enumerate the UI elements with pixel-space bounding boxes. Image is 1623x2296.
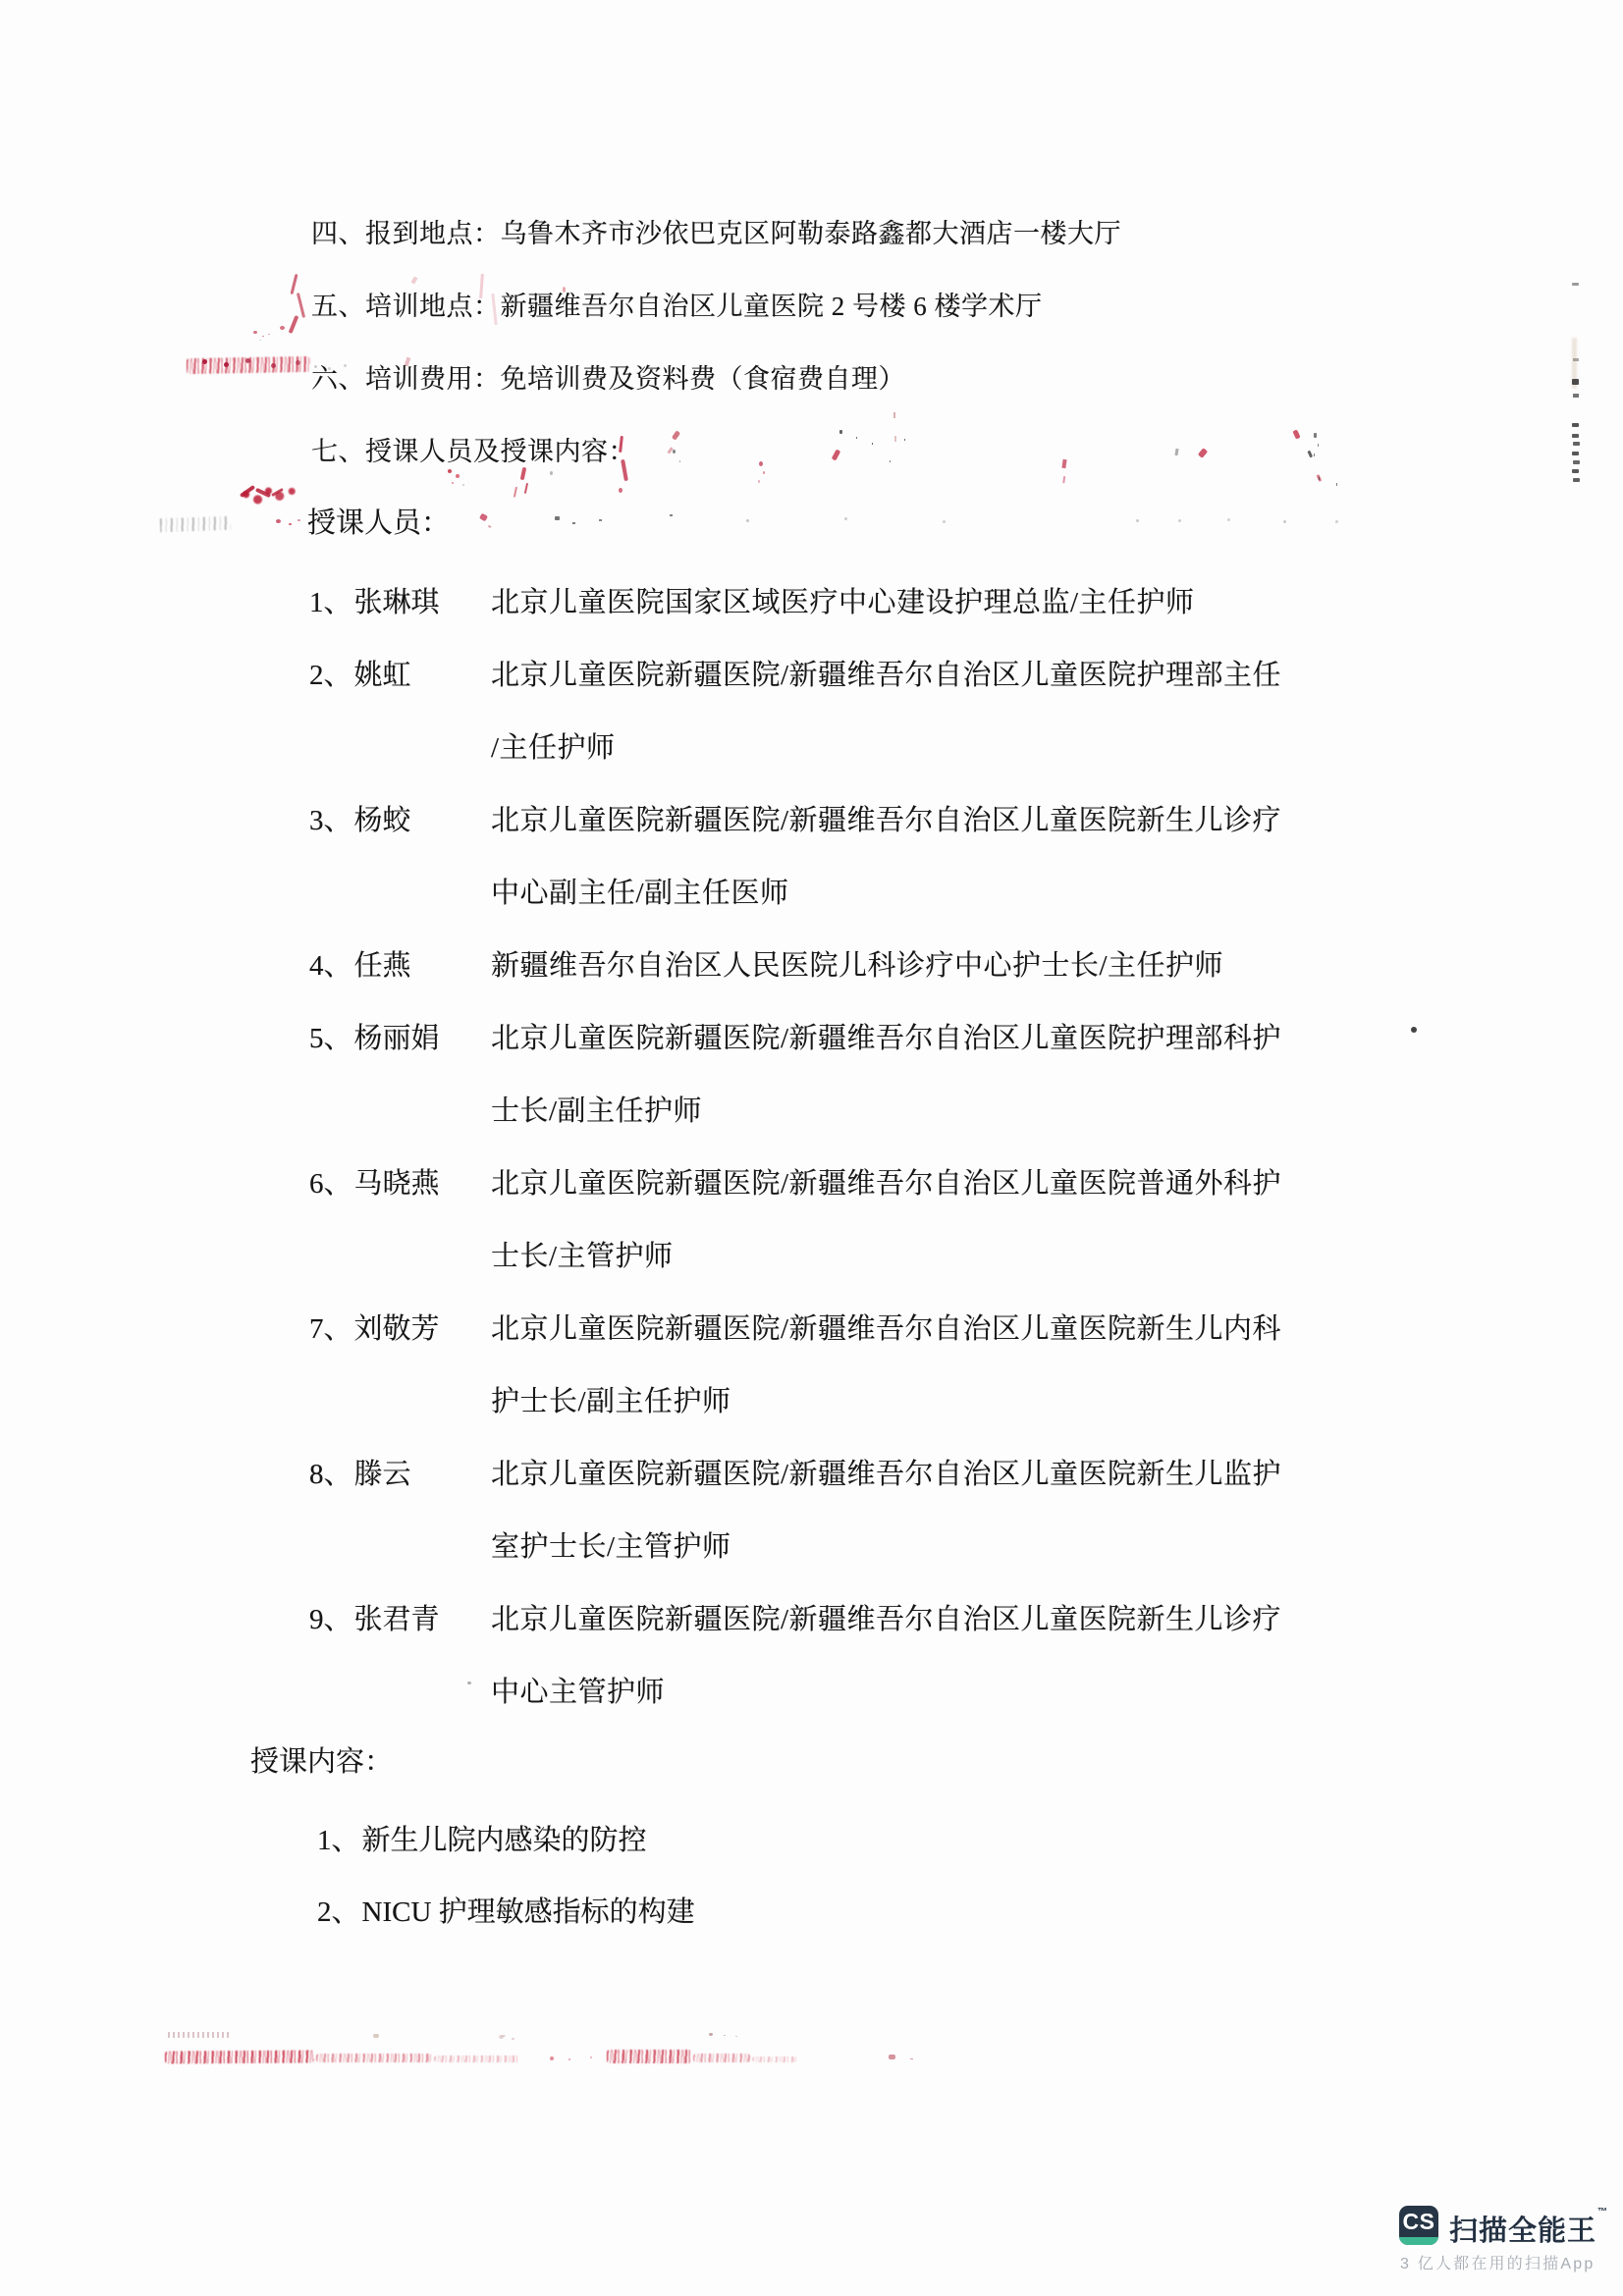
section-line-7: 七、授课人员及授课内容： [311,436,635,467]
instructor-title-continuation: 室护士长/主管护师 [491,1524,731,1565]
instructor-title-continuation: 中心主管护师 [491,1670,665,1710]
scan-noise-mark [1572,379,1579,385]
instructor-name: 张琳琪 [354,587,440,618]
instructor-label: 7、刘敬芳 [309,1307,440,1347]
scan-noise-mark [709,2033,713,2036]
instructor-number: 4、 [309,950,352,982]
instructor-number: 1、 [309,587,352,618]
scan-noise-mark [238,483,301,507]
instructor-row-1: 1、张琳琪 北京儿童医院国家区域医疗中心建设护理总监/主任护师 [0,580,1623,621]
scan-noise-mark [187,356,310,374]
instructor-row-4: 4、任燕 新疆维吾尔自治区人民医院儿科诊疗中心护士长/主任护师 [0,943,1623,985]
scan-noise-mark [550,2056,554,2060]
scan-noise-mark [1572,423,1579,427]
scan-noise-mark [202,359,207,364]
instructor-row-8: 8、滕云 北京儿童医院新疆医院/新疆维吾尔自治区儿童医院新生儿监护 [0,1452,1623,1493]
scan-noise-mark [297,293,305,318]
scan-noise-mark [467,1682,471,1684]
scan-noise-mark [893,412,895,418]
instructor-row-6: 6、马晓燕 北京儿童医院新疆医院/新疆维吾尔自治区儿童医院普通外科护 [0,1161,1623,1202]
course-content-item-2: 2、NICU 护理敏感指标的构建 [317,1890,695,1930]
scan-noise-mark [479,513,488,522]
camscanner-logo-icon: CS [1399,2206,1438,2245]
scan-noise-mark [673,450,676,454]
instructor-row-3: 3、杨蛟 北京儿童医院新疆医院/新疆维吾尔自治区儿童医院新生儿诊疗 [0,798,1623,839]
instructor-number: 9、 [309,1604,352,1635]
scan-noise-mark [520,467,527,481]
course-item-text: NICU 护理敏感指标的构建 [362,1896,695,1928]
course-content-heading: 授课内容： [250,1745,393,1780]
instructor-title: 新疆维吾尔自治区人民医院儿科诊疗中心护士长/主任护师 [491,943,1223,984]
camscanner-logo-teal-strip [1399,2237,1438,2245]
instructor-title: 北京儿童医院新疆医院/新疆维吾尔自治区儿童医院新生儿内科 [491,1307,1281,1347]
scan-noise-mark [1292,429,1300,439]
scan-noise-mark [693,2054,750,2062]
instructor-title-continuation: /主任护师 [491,725,616,766]
instructor-name: 杨丽娟 [354,1023,440,1054]
instructor-number: 5、 [309,1023,352,1054]
scan-noise-mark [832,449,841,460]
scan-noise-mark [411,276,418,284]
instructor-number: 2、 [309,660,352,691]
scan-noise-mark [839,430,842,434]
scanned-document-page: 四、报到地点：乌鲁木齐市沙依巴克区阿勒泰路鑫都大酒店一楼大厅 五、培训地点：新疆… [0,0,1623,2296]
instructor-title: 北京儿童医院新疆医院/新疆维吾尔自治区儿童医院护理部主任 [491,653,1281,693]
instructor-name: 滕云 [354,1459,411,1490]
course-item-number: 2、 [317,1896,360,1928]
camscanner-tagline: 3 亿人都在用的扫描App [1400,2251,1595,2273]
scan-noise-mark [1572,338,1577,389]
scan-noise-mark [1174,449,1178,455]
scan-noise-mark [619,488,622,493]
section-line-5: 五、培训地点：新疆维吾尔自治区儿童医院 2 号楼 6 楼学术厅 [311,291,1043,322]
scan-noise-mark [550,471,553,475]
scan-noise-mark [165,2050,314,2063]
instructor-number: 7、 [309,1313,352,1345]
scan-noise-mark [434,2056,520,2062]
scan-noise-mark [672,430,680,440]
instructor-name: 杨蛟 [354,805,411,836]
scan-noise-mark [276,519,281,523]
instructor-row-2: 2、姚虹 北京儿童医院新疆医院/新疆维吾尔自治区儿童医院护理部主任 [0,653,1623,694]
camscanner-app-name-text: 扫描全能王 [1449,2216,1596,2247]
scan-noise-mark [752,2056,799,2062]
camscanner-logo-text: CS [1399,2206,1438,2237]
instructor-row-9: 9、张君青 北京儿童医院新疆医院/新疆维吾尔自治区儿童医院新生儿诊疗 [0,1597,1623,1638]
scan-noise-mark [316,2054,432,2062]
scan-noise-mark [253,331,257,334]
instructor-number: 6、 [309,1168,352,1200]
instructor-row-7: 7、刘敬芳 北京儿童医院新疆医院/新疆维吾尔自治区儿童医院新生儿内科 [0,1307,1623,1348]
course-item-number: 1、 [317,1825,360,1856]
instructor-label: 5、杨丽娟 [309,1016,440,1056]
instructor-label: 8、滕云 [309,1452,411,1492]
instructor-title: 北京儿童医院国家区域医疗中心建设护理总监/主任护师 [491,580,1195,620]
instructor-label: 1、张琳琪 [309,580,440,620]
scan-noise-mark [255,488,271,498]
camscanner-app-name: 扫描全能王™ [1449,2209,1607,2249]
instructor-name: 马晓燕 [354,1168,440,1200]
scan-noise-mark [291,274,298,294]
instructor-title: 北京儿童医院新疆医院/新疆维吾尔自治区儿童医院新生儿诊疗 [491,798,1281,838]
instructor-title: 北京儿童医院新疆医院/新疆维吾尔自治区儿童医院新生儿监护 [491,1452,1281,1492]
instructor-title-continuation: 护士长/副主任护师 [491,1379,731,1419]
instructor-label: 9、张君青 [309,1597,440,1637]
instructor-title-continuation: 士长/主管护师 [491,1234,674,1274]
scan-noise-mark [373,2034,379,2038]
scan-noise-mark [889,2055,895,2059]
scan-noise-mark [1198,448,1208,458]
instructor-title-continuation: 中心副主任/副主任医师 [491,871,789,911]
scan-noise-mark [1573,358,1579,361]
instructor-title: 北京儿童医院新疆医院/新疆维吾尔自治区儿童医院新生儿诊疗 [491,1597,1281,1637]
instructor-title-continuation: 士长/副主任护师 [491,1089,702,1129]
instructor-label: 2、姚虹 [309,653,411,693]
scan-noise-mark [448,469,452,473]
scan-noise-mark [1314,433,1317,438]
instructor-name: 刘敬芳 [354,1313,440,1345]
instructor-label: 6、马晓燕 [309,1161,440,1201]
instructor-title: 北京儿童医院新疆医院/新疆维吾尔自治区儿童医院普通外科护 [491,1161,1281,1201]
course-item-text: 新生儿院内感染的防控 [362,1825,647,1856]
instructor-title: 北京儿童医院新疆医院/新疆维吾尔自治区儿童医院护理部科护 [491,1016,1281,1056]
instructor-label: 4、任燕 [309,943,411,984]
scan-noise-mark [746,519,749,522]
instructor-label: 3、杨蛟 [309,798,411,838]
section-line-6: 六、培训费用：免培训费及资料费（食宿费自理） [311,363,905,395]
instructors-heading: 授课人员： [307,507,450,541]
scan-noise-mark [1061,459,1066,468]
instructor-number: 3、 [309,805,352,836]
scan-noise-mark [607,2050,691,2063]
scan-noise-mark [160,516,231,533]
course-content-item-1: 1、新生儿院内感染的防控 [317,1818,647,1858]
scan-noise-mark [280,326,285,330]
scan-noise-mark [271,488,284,497]
scan-noise-mark [168,2032,229,2038]
instructor-name: 姚虹 [354,660,411,691]
instructor-name: 张君青 [354,1604,440,1635]
scan-noise-mark [240,485,255,498]
instructor-name: 任燕 [354,950,411,982]
instructor-row-5: 5、杨丽娟 北京儿童医院新疆医院/新疆维吾尔自治区儿童医院护理部科护 [0,1016,1623,1057]
scan-noise-mark [759,461,763,466]
scan-noise-mark [1572,283,1579,286]
scan-noise-mark [1573,394,1579,398]
instructor-number: 8、 [309,1459,352,1490]
scan-noise-mark [555,516,560,520]
section-line-4: 四、报到地点：乌鲁木齐市沙依巴克区阿勒泰路鑫都大酒店一楼大厅 [311,218,1121,249]
scan-noise-mark [499,2035,504,2039]
camscanner-watermark: CS 扫描全能王™ 3 亿人都在用的扫描App [1399,2206,1623,2274]
trademark-symbol: ™ [1597,2207,1608,2217]
scan-noise-mark [289,315,299,334]
